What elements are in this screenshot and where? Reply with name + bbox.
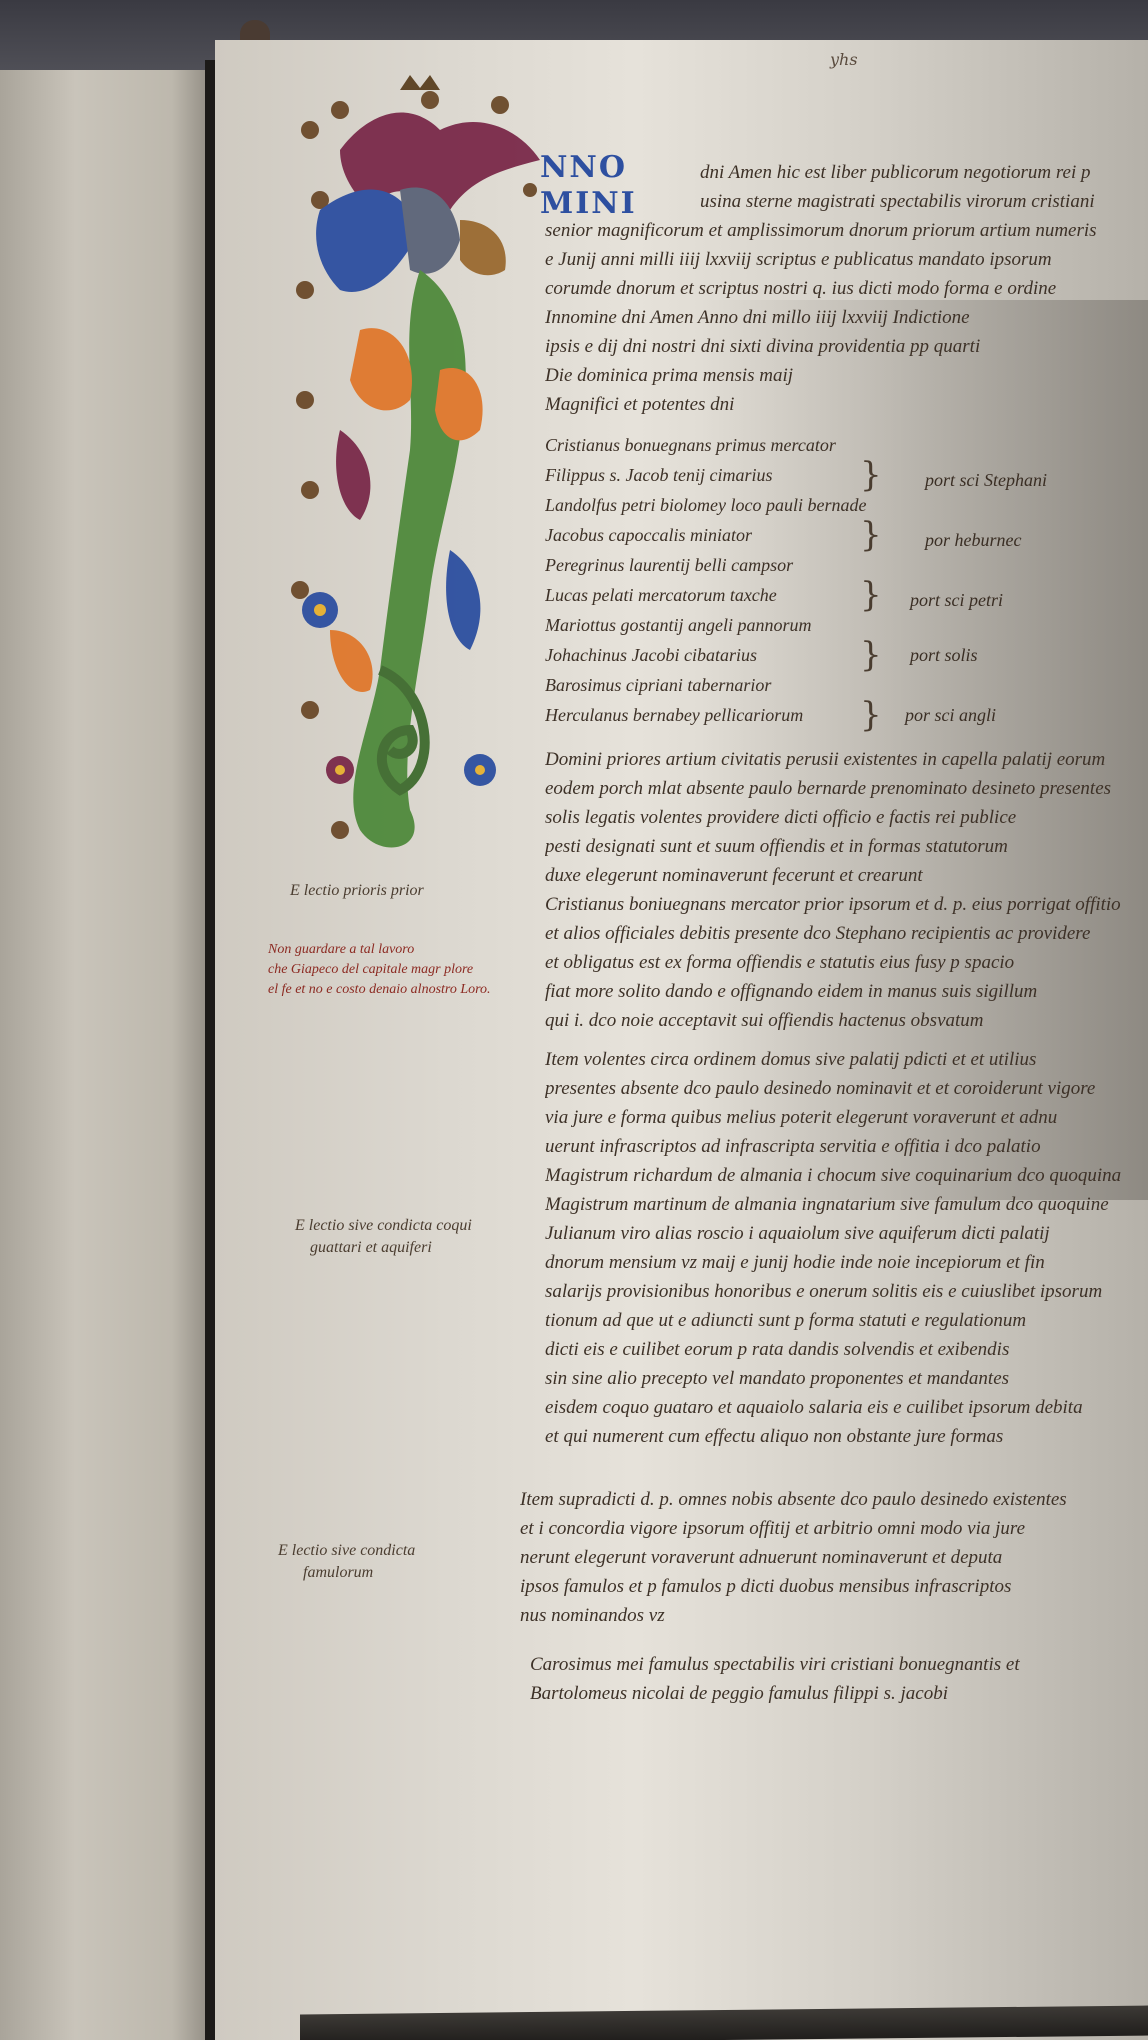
margin-note-line: E lectio sive condicta coqui	[295, 1215, 472, 1237]
ihs-monogram: yhs	[830, 50, 858, 69]
text-line: dicti eis e cuilibet eorum p rata dandis…	[545, 1335, 1148, 1364]
port-district-label: port solis	[910, 645, 978, 666]
text-line: nus nominandos vz	[520, 1601, 1148, 1630]
margin-note-priors: E lectio prioris prior	[290, 880, 424, 902]
incipit-line: e Junij anni milli iiij lxxviij scriptus…	[545, 245, 1148, 274]
margin-note-line: E lectio sive condicta	[278, 1540, 415, 1562]
brace-icon: }	[860, 515, 882, 555]
brace-icon: }	[860, 695, 882, 735]
paragraph-election-priors: Domini priores artium civitatis perusii …	[545, 745, 1148, 1035]
text-line: et obligatus est ex forma offiendis e st…	[545, 948, 1148, 977]
incipit-line: usina sterne magistrati spectabilis viro…	[700, 187, 1148, 216]
illuminated-title: NNO MINI	[540, 150, 637, 222]
port-district-label: port sci petri	[910, 590, 1003, 611]
incipit-line: senior magnificorum et amplissimorum dno…	[545, 216, 1148, 245]
paragraph-servant-names: Carosimus mei famulus spectabilis viri c…	[530, 1650, 1148, 1708]
text-line: et i concordia vigore ipsorum offitij et…	[520, 1514, 1148, 1543]
text-line: tionum ad que ut e adiuncti sunt p forma…	[545, 1306, 1148, 1335]
incipit-line: Innomine dni Amen Anno dni millo iiij lx…	[545, 303, 1148, 332]
illuminated-initial-dragon-icon	[280, 70, 550, 890]
text-line: et alios officiales debitis presente dco…	[545, 919, 1148, 948]
margin-note-cooks: E lectio sive condicta coqui guattari et…	[295, 1215, 472, 1259]
text-line: Item volentes circa ordinem domus sive p…	[545, 1045, 1148, 1074]
text-line: Magistrum martinum de almania ingnatariu…	[545, 1190, 1148, 1219]
incipit-line: dni Amen hic est liber publicorum negoti…	[700, 158, 1148, 187]
brace-icon: }	[860, 575, 882, 615]
text-line: uerunt infrascriptos ad infrascripta ser…	[545, 1132, 1148, 1161]
incipit-text-cont: senior magnificorum et amplissimorum dno…	[545, 216, 1148, 419]
brace-icon: }	[860, 635, 882, 675]
book-gutter	[205, 60, 215, 2040]
text-line: solis legatis volentes providere dicti o…	[545, 803, 1148, 832]
text-line: Magistrum richardum de almania i chocum …	[545, 1161, 1148, 1190]
red-rubric-note: Non guardare a tal lavoro che Giapeco de…	[268, 940, 491, 1000]
left-facing-page	[0, 70, 215, 2040]
red-note-line: Non guardare a tal lavoro	[268, 940, 491, 960]
text-line: qui i. dco noie acceptavit sui offiendis…	[545, 1006, 1148, 1035]
paragraph-election-cooks: Item volentes circa ordinem domus sive p…	[545, 1045, 1148, 1451]
margin-note-line: guattari et aquiferi	[295, 1237, 472, 1259]
red-note-line: el fe et no e costo denaio alnostro Loro…	[268, 980, 491, 1000]
text-line: eisdem coquo guataro et aquaiolo salaria…	[545, 1393, 1148, 1422]
text-line: dnorum mensium vz maij e junij hodie ind…	[545, 1248, 1148, 1277]
text-line: eodem porch mlat absente paulo bernarde …	[545, 774, 1148, 803]
incipit-line: Magnifici et potentes dni	[545, 390, 1148, 419]
text-line: Cristianus boniuegnans mercator prior ip…	[545, 890, 1148, 919]
text-line: Item supradicti d. p. omnes nobis absent…	[520, 1485, 1148, 1514]
text-line: nerunt elegerunt voraverunt adnuerunt no…	[520, 1543, 1148, 1572]
text-line: Julianum viro alias roscio i aquaiolum s…	[545, 1219, 1148, 1248]
text-line: ipsos famulos et p famulos p dicti duobu…	[520, 1572, 1148, 1601]
port-district-label: por sci angli	[905, 705, 996, 726]
incipit-line: Die dominica prima mensis maij	[545, 361, 1148, 390]
text-line: Carosimus mei famulus spectabilis viri c…	[530, 1650, 1148, 1679]
text-line: pesti designati sunt et suum offiendis e…	[545, 832, 1148, 861]
margin-note-servants: E lectio sive condicta famulorum	[278, 1540, 415, 1584]
text-line: via jure e forma quibus melius poterit e…	[545, 1103, 1148, 1132]
text-line: et qui numerent cum effectu aliquo non o…	[545, 1422, 1148, 1451]
incipit-text: dni Amen hic est liber publicorum negoti…	[700, 158, 1148, 216]
text-line: sin sine alio precepto vel mandato propo…	[545, 1364, 1148, 1393]
title-caps-line-1: NNO	[540, 150, 637, 186]
text-line: presentes absente dco paulo desinedo nom…	[545, 1074, 1148, 1103]
margin-note-line: famulorum	[278, 1562, 415, 1584]
text-line: Domini priores artium civitatis perusii …	[545, 745, 1148, 774]
port-district-label: por heburnec	[925, 530, 1021, 551]
incipit-line: corumde dnorum et scriptus nostri q. ius…	[545, 274, 1148, 303]
port-district-label: port sci Stephani	[925, 470, 1047, 491]
text-line: salarijs provisionibus honoribus e oneru…	[545, 1277, 1148, 1306]
red-note-line: che Giapeco del capitale magr plore	[268, 960, 491, 980]
brace-icon: }	[860, 455, 882, 495]
text-line: duxe elegerunt nominaverunt fecerunt et …	[545, 861, 1148, 890]
text-line: fiat more solito dando e offignando eide…	[545, 977, 1148, 1006]
paragraph-election-servants: Item supradicti d. p. omnes nobis absent…	[520, 1485, 1148, 1630]
text-line: Bartolomeus nicolai de peggio famulus fi…	[530, 1679, 1148, 1708]
incipit-line: ipsis e dij dni nostri dni sixti divina …	[545, 332, 1148, 361]
